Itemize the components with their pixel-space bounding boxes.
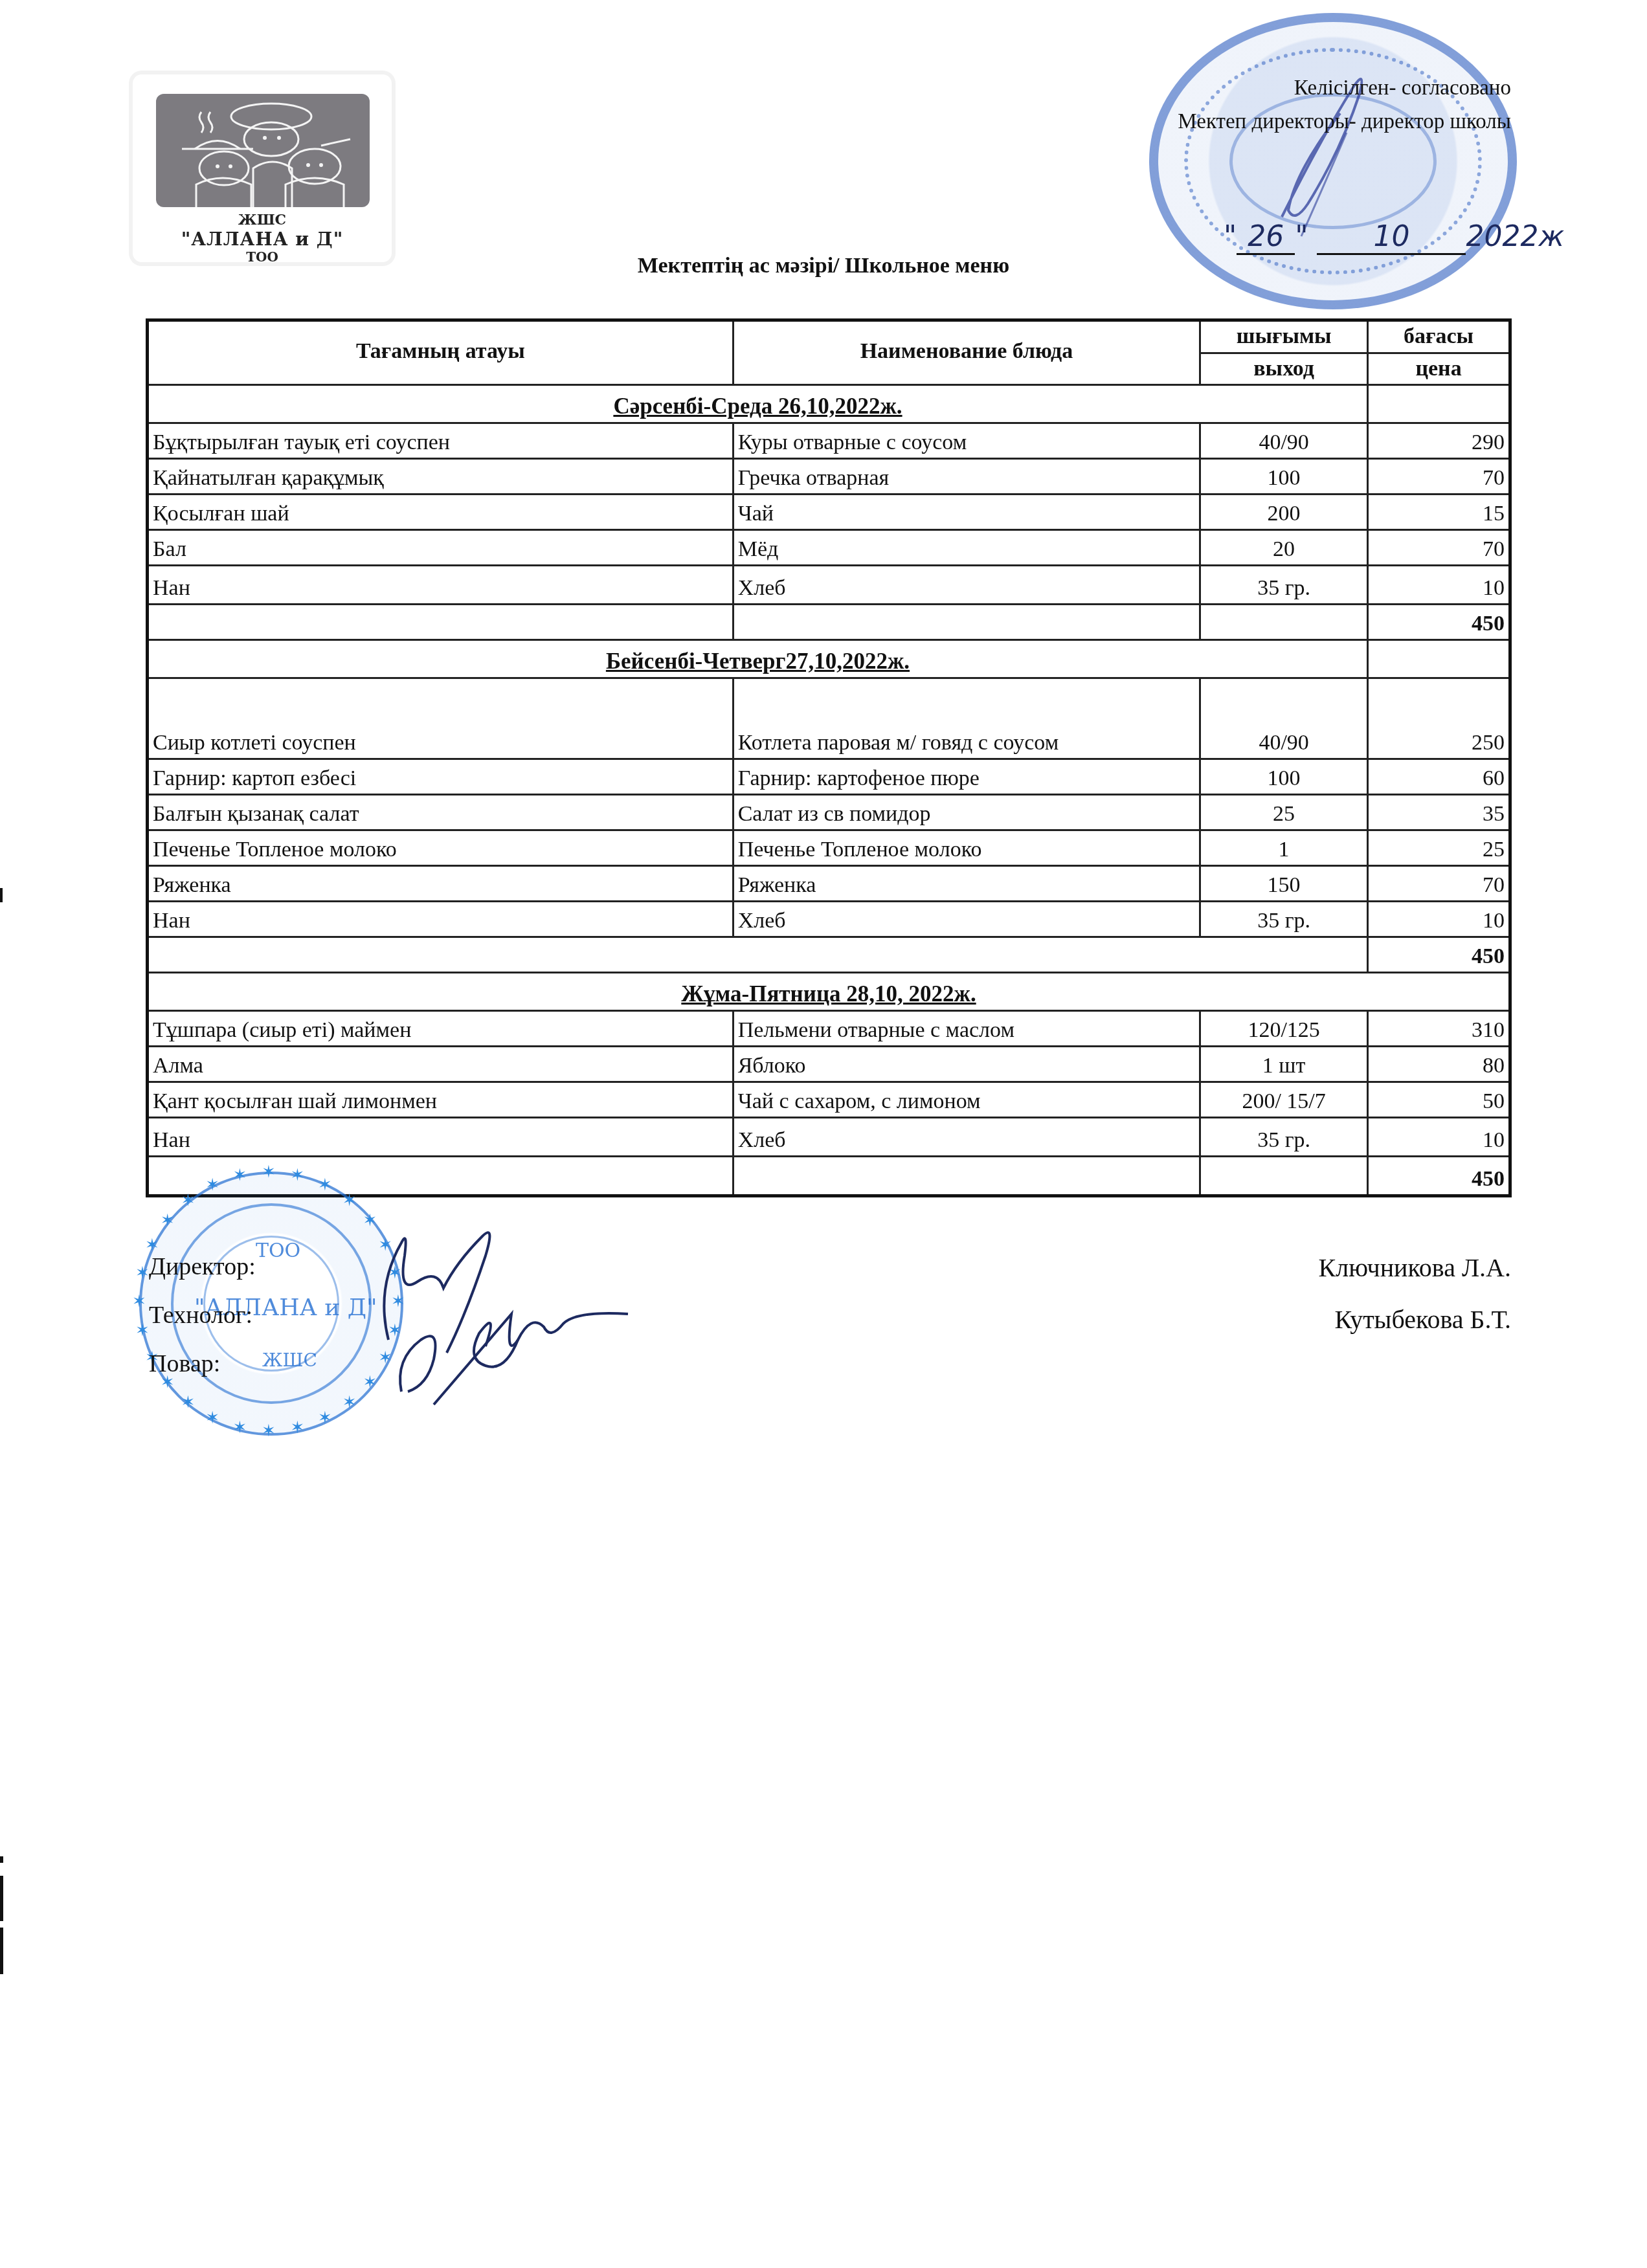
- dish-name-ru: Ряженка: [732, 867, 1200, 900]
- approval-date-month: 10: [1317, 220, 1466, 255]
- approval-date-year: 2022ж: [1466, 220, 1564, 253]
- header-output: шығымы выход: [1199, 322, 1367, 384]
- dish-price: 10: [1367, 1118, 1508, 1155]
- svg-text:✶: ✶: [318, 1408, 332, 1428]
- svg-text:✶: ✶: [205, 1175, 219, 1195]
- table-row: Нан Хлеб 35 гр. 10: [149, 900, 1508, 936]
- director-name: Ключникова Л.А.: [1319, 1252, 1511, 1283]
- dish-name-kz: Тұшпара (сиыр еті) маймен: [149, 1012, 732, 1045]
- dish-name-kz: Ряженка: [149, 867, 732, 900]
- scan-artifact: [0, 1856, 3, 1863]
- svg-text:✶: ✶: [205, 1408, 219, 1428]
- dish-name-ru: Пельмени отварные с маслом: [732, 1012, 1200, 1045]
- dish-name-kz: Қант қосылған шай лимонмен: [149, 1083, 732, 1117]
- svg-text:✶: ✶: [132, 1292, 146, 1311]
- stamp-jshs-text: ЖШС: [262, 1350, 317, 1371]
- dish-price: 10: [1367, 902, 1508, 936]
- dish-price: 25: [1367, 831, 1508, 865]
- dish-output: 150: [1199, 867, 1367, 900]
- header-price: бағасы цена: [1367, 322, 1508, 384]
- dish-name-ru: Яблоко: [732, 1047, 1200, 1081]
- approval-caption: Келісілген- согласовано: [1294, 76, 1511, 100]
- dish-name-kz: Бал: [149, 531, 732, 564]
- cook-label: Повар:: [149, 1350, 220, 1378]
- dish-name-kz: Бұқтырылған тауық еті соуспен: [149, 424, 732, 458]
- dish-name-kz: Нан: [149, 566, 732, 603]
- dish-output: 40/90: [1199, 679, 1367, 758]
- dish-name-ru: Чай: [732, 495, 1200, 529]
- table-row: Нан Хлеб 35 гр. 10: [149, 564, 1508, 603]
- table-row: Балғын қызанақ салат Салат из св помидор…: [149, 794, 1508, 829]
- dish-name-kz: Печенье Топленое молоко: [149, 831, 732, 865]
- dish-price: 70: [1367, 867, 1508, 900]
- header-price-kz: бағасы: [1369, 322, 1508, 352]
- scan-artifact: [0, 1928, 3, 1974]
- table-row: Қосылған шай Чай 200 15: [149, 493, 1508, 529]
- menu-table: Тағамның атауы Наименование блюда шығымы…: [146, 318, 1512, 1197]
- day-total: 450: [1367, 938, 1508, 972]
- day-total-row: 450: [149, 603, 1508, 639]
- dish-price: 15: [1367, 495, 1508, 529]
- day-total: 450: [1367, 1157, 1508, 1194]
- svg-text:✶: ✶: [135, 1263, 150, 1283]
- dish-name-ru: Чай с сахаром, с лимоном: [732, 1083, 1200, 1117]
- dish-name-ru: Гречка отварная: [732, 460, 1200, 493]
- svg-text:✶: ✶: [135, 1321, 150, 1340]
- dish-name-kz: Алма: [149, 1047, 732, 1081]
- header-name-ru: Наименование блюда: [732, 322, 1200, 384]
- table-row: Сиыр котлеті соуспен Котлета паровая м/ …: [149, 677, 1508, 758]
- dish-output: 35 гр.: [1199, 1118, 1367, 1155]
- day-heading-text: Бейсенбі-Четверг27,10,2022ж.: [606, 649, 910, 674]
- scan-artifact: [0, 1876, 3, 1921]
- dish-name-ru: Мёд: [732, 531, 1200, 564]
- svg-text:✶: ✶: [181, 1393, 195, 1412]
- chef-family-icon: [156, 94, 370, 207]
- dish-price: 50: [1367, 1083, 1508, 1117]
- dish-price: 290: [1367, 424, 1508, 458]
- dish-name-kz: Қосылған шай: [149, 495, 732, 529]
- day-heading: Жұма-Пятница 28,10, 2022ж.: [149, 972, 1508, 1010]
- table-row: Гарнир: картоп езбесі Гарнир: картофеное…: [149, 758, 1508, 794]
- dish-output: 1 шт: [1199, 1047, 1367, 1081]
- dish-output: 20: [1199, 531, 1367, 564]
- director-label: Директор:: [149, 1252, 256, 1281]
- dish-price: 310: [1367, 1012, 1508, 1045]
- table-row: Печенье Топленое молоко Печенье Топленое…: [149, 829, 1508, 865]
- svg-text:✶: ✶: [291, 1418, 305, 1438]
- day-total: 450: [1367, 605, 1508, 639]
- table-row: Қайнатылған қарақұмық Гречка отварная 10…: [149, 458, 1508, 493]
- dish-price: 250: [1367, 679, 1508, 758]
- dish-name-kz: Сиыр котлеті соуспен: [149, 679, 732, 758]
- dish-name-ru: Хлеб: [732, 902, 1200, 936]
- logo-company-name: "АЛЛАНА и Д": [133, 228, 392, 250]
- technologist-label: Технолог:: [149, 1301, 252, 1329]
- dish-output: 100: [1199, 460, 1367, 493]
- dish-price: 70: [1367, 531, 1508, 564]
- dish-price: 70: [1367, 460, 1508, 493]
- dish-output: 1: [1199, 831, 1367, 865]
- dish-output: 100: [1199, 760, 1367, 794]
- svg-text:✶: ✶: [233, 1166, 247, 1185]
- dish-name-ru: Куры отварные с соусом: [732, 424, 1200, 458]
- dish-output: 200: [1199, 495, 1367, 529]
- approval-signer-title: Мектеп директоры- директор школы: [1178, 110, 1511, 134]
- table-row: Бал Мёд 20 70: [149, 529, 1508, 564]
- dish-output: 35 гр.: [1199, 566, 1367, 603]
- dish-output: 200/ 15/7: [1199, 1083, 1367, 1117]
- dish-name-ru: Печенье Топленое молоко: [732, 831, 1200, 865]
- header-name-kz: Тағамның атауы: [149, 322, 732, 384]
- dish-output: 35 гр.: [1199, 902, 1367, 936]
- svg-text:✶: ✶: [318, 1175, 332, 1195]
- table-row: Ряженка Ряженка 150 70: [149, 865, 1508, 900]
- dish-price: 60: [1367, 760, 1508, 794]
- table-row: Нан Хлеб 35 гр. 10: [149, 1117, 1508, 1155]
- day-heading-text: Сәрсенбі-Среда 26,10,2022ж.: [613, 394, 902, 419]
- dish-name-kz: Нан: [149, 902, 732, 936]
- svg-text:✶: ✶: [181, 1191, 195, 1210]
- dish-name-ru: Хлеб: [732, 1118, 1200, 1155]
- header-output-ru: выход: [1201, 352, 1367, 384]
- svg-text:✶: ✶: [262, 1162, 276, 1182]
- dish-output: 25: [1199, 795, 1367, 829]
- dish-name-kz: Балғын қызанақ салат: [149, 795, 732, 829]
- svg-text:✶: ✶: [262, 1421, 276, 1441]
- dish-name-ru: Салат из св помидор: [732, 795, 1200, 829]
- svg-text:✶: ✶: [161, 1211, 175, 1230]
- header-output-kz: шығымы: [1201, 322, 1367, 352]
- table-row: Тұшпара (сиыр еті) маймен Пельмени отвар…: [149, 1010, 1508, 1045]
- approval-date: "26" 102022ж: [1224, 220, 1564, 255]
- day-heading: Бейсенбі-Четверг27,10,2022ж.: [149, 639, 1508, 677]
- day-heading-text: Жұма-Пятница 28,10, 2022ж.: [681, 981, 976, 1007]
- dish-output: 40/90: [1199, 424, 1367, 458]
- dish-price: 35: [1367, 795, 1508, 829]
- scan-artifact: [0, 888, 3, 902]
- dish-price: 80: [1367, 1047, 1508, 1081]
- day-total-row: 450: [149, 936, 1508, 972]
- company-logo: ЖШС "АЛЛАНА и Д" ТОО: [133, 74, 392, 262]
- dish-name-kz: Қайнатылған қарақұмық: [149, 460, 732, 493]
- svg-text:✶: ✶: [233, 1418, 247, 1438]
- page-title: Мектептің ас мәзірі/ Школьное меню: [0, 254, 1647, 278]
- logo-line-1: ЖШС: [133, 212, 392, 228]
- table-row: Алма Яблоко 1 шт 80: [149, 1045, 1508, 1081]
- table-header: Тағамның атауы Наименование блюда шығымы…: [149, 322, 1508, 384]
- dish-output: 120/125: [1199, 1012, 1367, 1045]
- stamp-too-text: ТОО: [256, 1240, 300, 1262]
- table-row: Қант қосылған шай лимонмен Чай с сахаром…: [149, 1081, 1508, 1117]
- day-heading: Сәрсенбі-Среда 26,10,2022ж.: [149, 384, 1508, 422]
- dish-name-kz: Нан: [149, 1118, 732, 1155]
- dish-name-ru: Котлета паровая м/ говяд с соусом: [732, 679, 1200, 758]
- dish-name-ru: Гарнир: картофеное пюре: [732, 760, 1200, 794]
- table-row: Бұқтырылған тауық еті соуспен Куры отвар…: [149, 422, 1508, 458]
- handwritten-signature-icon: [337, 1191, 634, 1424]
- dish-price: 10: [1367, 566, 1508, 603]
- dish-name-kz: Гарнир: картоп езбесі: [149, 760, 732, 794]
- approval-date-day: 26: [1237, 220, 1295, 255]
- technologist-name: Кутыбекова Б.Т.: [1334, 1304, 1511, 1335]
- svg-text:✶: ✶: [291, 1166, 305, 1185]
- dish-name-ru: Хлеб: [732, 566, 1200, 603]
- header-price-ru: цена: [1369, 352, 1508, 384]
